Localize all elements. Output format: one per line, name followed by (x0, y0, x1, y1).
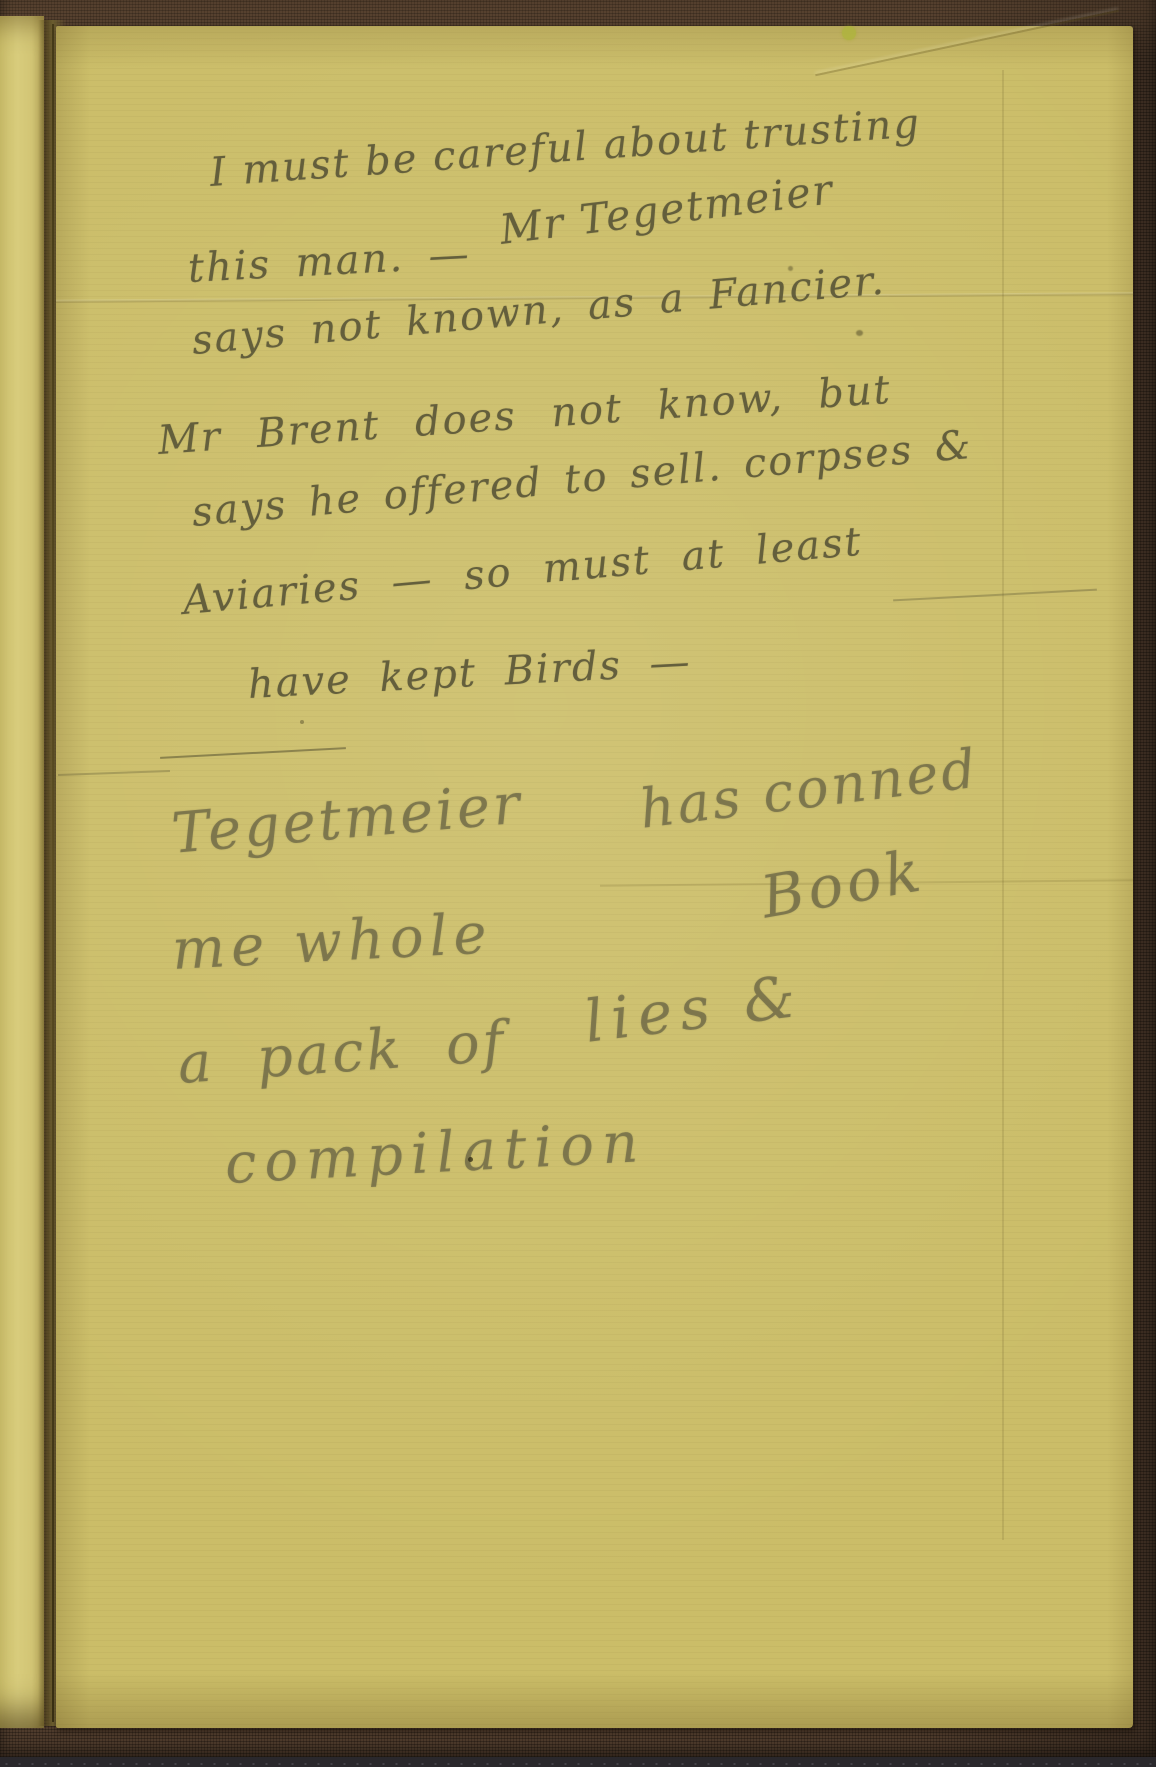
paper-crease-vertical (1002, 70, 1004, 1540)
paper-speck (468, 1157, 473, 1162)
scanned-photo: I must be careful about trusting this ma… (0, 0, 1156, 1767)
paper-speck (788, 266, 793, 271)
paper-speck (300, 720, 304, 724)
green-blemish-spot (842, 26, 856, 40)
paper-speck (856, 330, 863, 336)
gutter-crease-line (52, 24, 54, 1722)
